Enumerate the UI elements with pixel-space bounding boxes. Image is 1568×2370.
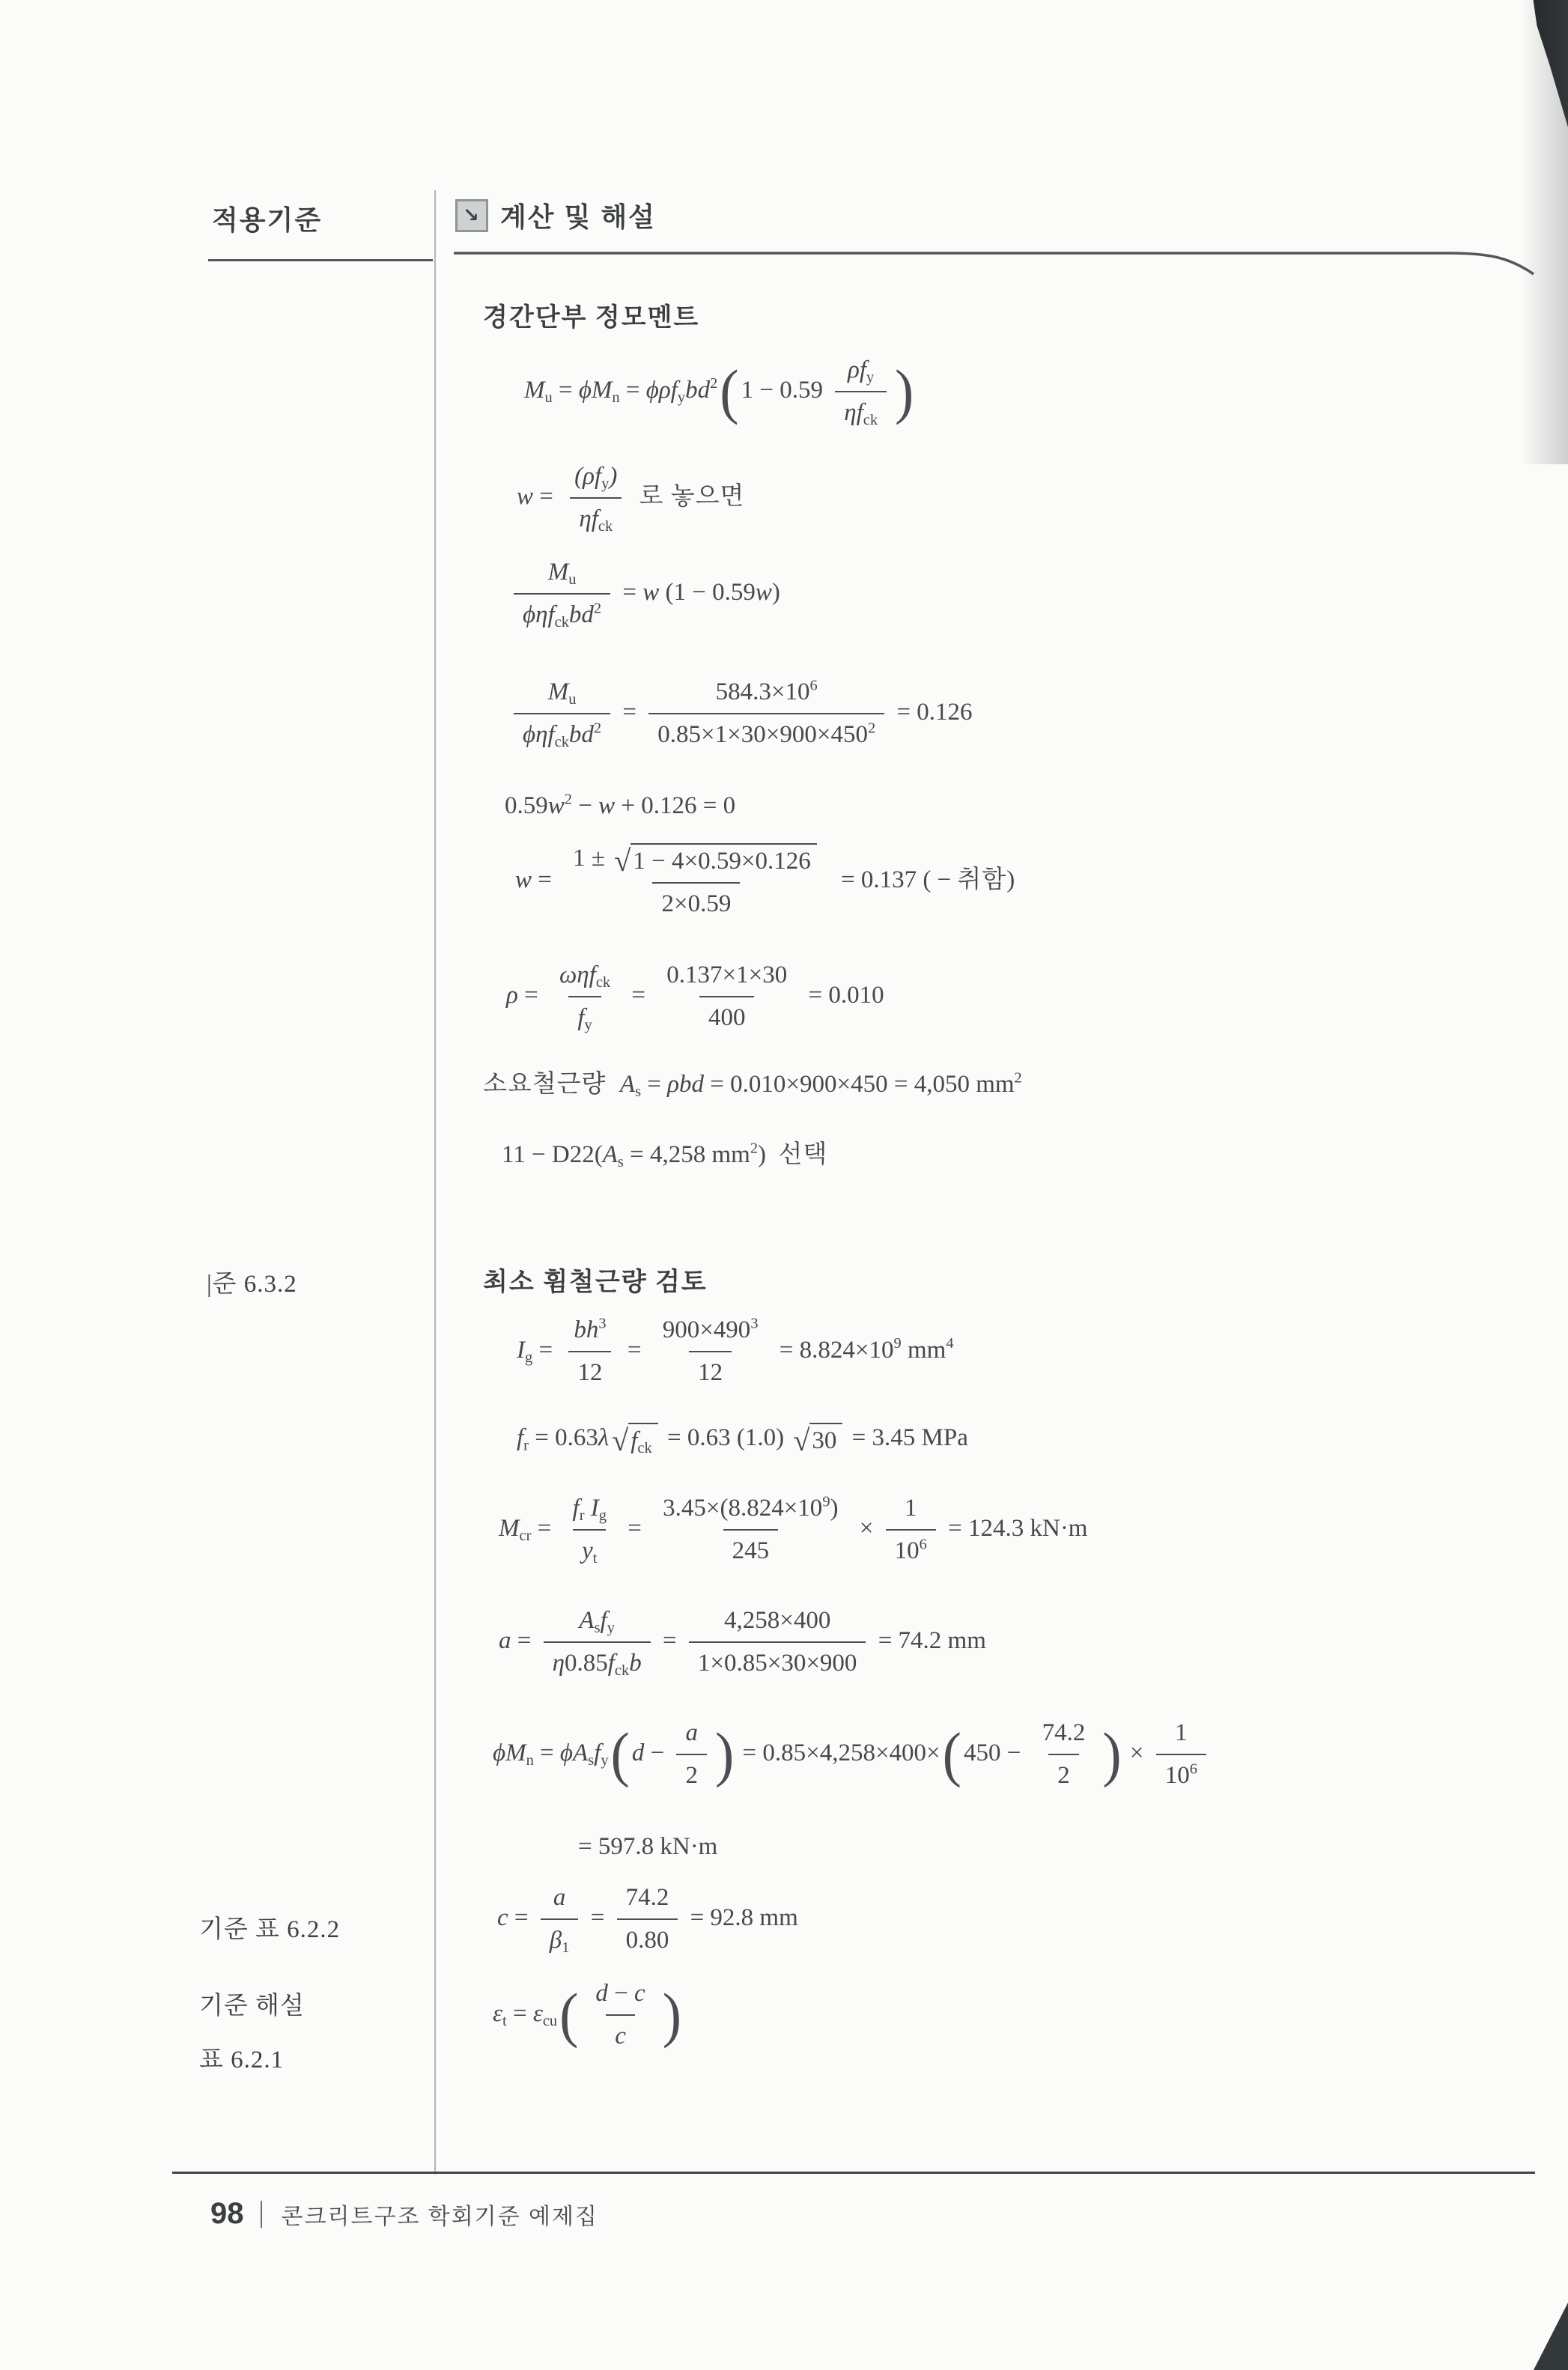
math-text: c [615, 2023, 626, 2050]
math-text: = [622, 1337, 648, 1364]
math-text: ϕηf [523, 601, 555, 628]
math-text: = [532, 1337, 559, 1364]
math-text: a [553, 1884, 566, 1911]
math-subscript: y [585, 1017, 592, 1033]
math-text: = [532, 866, 558, 893]
header-rule-right [452, 247, 1546, 279]
math-text: ωηf [559, 961, 596, 988]
math-subscript: s [588, 1752, 594, 1769]
fraction: 584.3×1060.85×1×30×900×4502 [648, 677, 884, 751]
math-subscript: t [593, 1550, 598, 1567]
equation-modulus-of-rupture: fr = 0.63λ√fck = 0.63 (1.0) √30 = 3.45 M… [517, 1423, 968, 1456]
math-text: c [497, 1904, 508, 1931]
math-supscript: 2 [1015, 1069, 1022, 1086]
math-text: 1 − 4×0.59×0.126 [633, 848, 810, 875]
math-text: = 3.45 MPa [845, 1424, 967, 1451]
math-text: − [608, 1980, 634, 2007]
math-text: 450 − [964, 1739, 1027, 1766]
equation-quadratic-w: 0.59w2 − w + 0.126 = 0 [505, 791, 735, 821]
equation-stress-block-depth: a = Asfyη0.85fckb = 4,258×4001×0.85×30×9… [499, 1605, 986, 1680]
math-text: = [534, 1739, 560, 1766]
math-text: 2 [685, 1762, 698, 1789]
math-text: A [603, 1141, 618, 1168]
math-supscript: 2 [868, 720, 875, 737]
math-text: 900×490 [663, 1316, 751, 1343]
math-text: A [579, 1607, 594, 1634]
math-text: = 597.8 kN·m [578, 1833, 717, 1860]
math-subscript: y [866, 369, 874, 386]
math-subscript: ck [555, 734, 569, 750]
math-text: = [641, 1071, 667, 1098]
math-text: ηf [579, 505, 598, 532]
math-text: d [595, 1980, 608, 2007]
fraction: 1106 [886, 1493, 936, 1567]
fraction: 0.137×1×30400 [657, 960, 796, 1034]
equation-gross-inertia: Ig = bh312 = 900×490312 = 8.824×109 mm4 [517, 1315, 954, 1389]
math-text: 2×0.59 [661, 890, 731, 917]
fraction: Muϕηfckbd2 [514, 677, 610, 751]
page-edge-shade [1520, 0, 1568, 464]
math-text: = 0.85×4,258×400× [736, 1739, 940, 1766]
math-text: = [616, 699, 642, 726]
math-text: = 0.126 [890, 699, 972, 726]
equation-w-definition: w = (ρfy)ηfck 로 놓으면 [517, 461, 744, 535]
math-text: = [584, 1904, 610, 1931]
header-right-title: 계산 및 해설 [500, 196, 656, 234]
math-text: ϕM [579, 377, 613, 404]
square-root: √fck [612, 1423, 658, 1456]
sidebar-note-table-622: 기준 표 6.2.2 [199, 1909, 340, 1945]
math-supscript: 2 [594, 720, 601, 737]
math-text: b [629, 1650, 642, 1677]
math-text: (1 − 0.59 [659, 579, 756, 606]
math-text: 12 [698, 1359, 723, 1386]
math-subscript: y [601, 1752, 608, 1769]
math-text: 11 − D22( [502, 1141, 603, 1168]
math-text: w [756, 579, 772, 606]
fraction: ρfyηfck [835, 355, 887, 429]
equation-design-moment-result: = 597.8 kN·m [578, 1832, 717, 1862]
equation-neutral-axis-depth: c = aβ1 = 74.20.80 = 92.8 mm [497, 1883, 798, 1957]
math-text: 로 놓으면 [632, 483, 744, 510]
math-subscript: ck [615, 1662, 629, 1679]
math-supscript: 2 [565, 791, 572, 807]
column-divider [434, 190, 436, 2175]
math-text: ε [493, 2000, 502, 2027]
sidebar-note-table-621: 표 6.2.1 [199, 2040, 284, 2075]
math-text: β [550, 1927, 562, 1954]
equation-bar-selection: 11 − D22(As = 4,258 mm2) 선택 [502, 1140, 827, 1170]
page-corner-shadow-bottom-right [1534, 2303, 1568, 2370]
fraction: 4,258×4001×0.85×30×900 [689, 1605, 866, 1680]
math-supscript: 3 [750, 1315, 758, 1331]
math-subscript: cu [543, 2013, 557, 2029]
math-text: + 0.126 = 0 [615, 792, 735, 819]
math-text: 0.80 [626, 1927, 669, 1954]
math-text: = [507, 2000, 533, 2027]
math-subscript: g [525, 1349, 532, 1366]
book-page: 적용기준 ↘ 계산 및 해설 |준 6.3.2 기준 표 6.2.2 기준 해설… [0, 0, 1568, 2370]
equation-w-solution: w = 1 ± √1 − 4×0.59×0.1262×0.59 = 0.137 … [515, 843, 1015, 920]
math-text: = 0.010 [802, 982, 884, 1009]
math-text: bd [569, 721, 594, 748]
math-supscript: 3 [598, 1315, 606, 1331]
math-text: = 0.63 (1.0) [661, 1424, 791, 1451]
header-left-title: 적용기준 [212, 199, 322, 237]
fraction: 74.20.80 [617, 1883, 678, 1957]
math-text: = [518, 982, 544, 1009]
math-text: M [499, 1515, 520, 1542]
equation-required-steel-area: 소요철근량 As = ρbd = 0.010×900×450 = 4,050 m… [483, 1069, 1022, 1100]
fraction: Asfyη0.85fckb [544, 1605, 651, 1680]
math-text: = 8.824×10 [774, 1337, 894, 1364]
fraction: 1106 [1156, 1718, 1206, 1792]
math-text: 74.2 [1042, 1719, 1086, 1746]
math-subscript: u [568, 691, 576, 708]
math-text: 1 [905, 1495, 917, 1522]
math-text: 0.137×1×30 [666, 961, 787, 988]
math-text: 1×0.85×30×900 [698, 1650, 857, 1677]
math-text: 0.85×1×30×900×450 [657, 721, 868, 748]
math-subscript: g [599, 1507, 607, 1524]
math-subscript: ck [863, 412, 878, 428]
math-supscript: 9 [822, 1493, 830, 1510]
math-subscript: r [580, 1507, 585, 1524]
math-text: I [517, 1337, 525, 1364]
math-supscript: 6 [810, 677, 818, 693]
math-subscript: ck [598, 518, 613, 535]
math-text: = [657, 1627, 683, 1654]
math-text: w [598, 792, 615, 819]
math-subscript: s [618, 1154, 624, 1170]
math-text: × [854, 1515, 880, 1542]
math-text: ρbd [667, 1071, 704, 1098]
fraction: 900×490312 [654, 1315, 768, 1389]
math-text: w [548, 792, 565, 819]
math-text: 10 [895, 1537, 920, 1564]
math-text: 12 [577, 1359, 602, 1386]
math-text: A [620, 1071, 635, 1098]
math-text: = 0.010×900×450 = 4,050 mm [704, 1071, 1015, 1098]
math-subscript: s [635, 1084, 641, 1100]
math-text: ηf [844, 399, 863, 426]
math-subscript: u [545, 389, 553, 406]
fraction: ωηfckfy [550, 960, 619, 1034]
math-text: ) [830, 1495, 839, 1522]
math-supscript: 6 [920, 1537, 927, 1553]
fraction: a2 [676, 1718, 707, 1792]
math-text: d [632, 1739, 645, 1766]
math-text: ) [758, 1141, 779, 1168]
footer-book-title: 콘크리트구조 학회기준 예제집 [282, 2198, 598, 2231]
arrow-down-right-icon: ↘ [455, 199, 488, 232]
math-supscript: 2 [750, 1140, 758, 1156]
math-text: − [644, 1739, 670, 1766]
math-text: = 74.2 mm [872, 1627, 985, 1654]
footer: 98 콘크리트구조 학회기준 예제집 [210, 2197, 598, 2231]
math-text: bd [685, 377, 710, 404]
math-text: w [517, 483, 533, 510]
sidebar-note-code-632: |준 6.3.2 [207, 1264, 297, 1299]
math-text: 소요철근량 [483, 1071, 620, 1098]
math-text: ϕρf [646, 377, 678, 404]
math-text: bh [574, 1316, 598, 1343]
math-text: = [553, 377, 579, 404]
math-text: 10 [1165, 1762, 1190, 1789]
sidebar-note-commentary: 기준 해설 [199, 1986, 305, 2021]
equation-mu-normalized: Muϕηfckbd2 = w (1 − 0.59w) [508, 557, 780, 631]
math-supscript: 6 [1190, 1761, 1197, 1778]
math-subscript: y [678, 389, 685, 406]
math-text: M [524, 377, 545, 404]
equation-cracking-moment: Mcr = fr Igyt = 3.45×(8.824×109)245 × 11… [499, 1493, 1087, 1567]
math-text: M [548, 559, 569, 586]
fraction: Muϕηfckbd2 [514, 557, 610, 631]
math-text: 3.45×(8.824×10 [663, 1495, 822, 1522]
math-text: = [622, 1515, 648, 1542]
math-text: c [634, 1980, 645, 2007]
fraction: fr Igyt [564, 1493, 616, 1567]
math-subscript: 1 [562, 1939, 569, 1956]
math-text: = 92.8 mm [684, 1904, 797, 1931]
math-text: ) [772, 579, 780, 606]
math-text: w [515, 866, 532, 893]
math-text: η [553, 1650, 565, 1677]
header-rule-left [208, 259, 433, 261]
math-text: 0.59 [505, 792, 548, 819]
math-text: 584.3×10 [716, 678, 810, 705]
math-subscript: ck [637, 1440, 651, 1456]
math-text: 선택 [779, 1141, 828, 1168]
math-text: ϕA [560, 1739, 588, 1766]
math-text: ϕM [493, 1739, 526, 1766]
math-text: 245 [732, 1537, 770, 1564]
math-text: = [625, 982, 651, 1009]
fraction: d − cc [586, 1978, 654, 2053]
math-text: bd [569, 601, 594, 628]
math-text: f [577, 1004, 584, 1031]
math-text: = 4,258 mm [624, 1141, 750, 1168]
math-text: f [573, 1495, 580, 1522]
math-text: f [594, 1739, 601, 1766]
fraction: (ρfy)ηfck [565, 461, 626, 535]
fraction: bh312 [565, 1315, 615, 1389]
math-text: 4,258×400 [724, 1607, 830, 1634]
math-text: f [601, 1607, 607, 1634]
equation-mu-normalized-value: Muϕηfckbd2 = 584.3×1060.85×1×30×900×4502… [508, 677, 973, 751]
math-text: λ [598, 1424, 609, 1451]
footer-page-number: 98 [210, 2197, 244, 2231]
math-text: w [642, 579, 659, 606]
math-subscript: ck [555, 614, 569, 631]
math-text: = [620, 377, 646, 404]
math-subscript: ck [596, 974, 610, 991]
math-text: I [585, 1495, 599, 1522]
math-supscript: 2 [710, 375, 717, 392]
math-text: (ρf [574, 463, 601, 490]
math-text: 2 [1057, 1762, 1070, 1789]
math-text: = [531, 1515, 557, 1542]
math-text: mm [902, 1337, 946, 1364]
math-text: = 0.63 [529, 1424, 598, 1451]
math-text: y [582, 1537, 593, 1564]
math-text: ϕηf [523, 721, 555, 748]
math-text: = [508, 1904, 535, 1931]
footer-rule [172, 2172, 1535, 2174]
math-text: 취함 [957, 866, 1006, 893]
math-supscript: 9 [894, 1335, 902, 1352]
math-supscript: 4 [946, 1335, 953, 1352]
math-text: ) [609, 463, 617, 490]
equation-rho: ρ = ωηfckfy = 0.137×1×30400 = 0.010 [506, 960, 884, 1034]
math-subscript: n [526, 1752, 534, 1769]
square-root: √1 − 4×0.59×0.126 [614, 843, 816, 877]
math-text: 1 [1175, 1719, 1188, 1746]
math-subscript: y [607, 1620, 615, 1636]
math-text: 1 ± [573, 845, 611, 872]
math-text: 0.85 [565, 1650, 608, 1677]
math-text: 74.2 [626, 1884, 669, 1911]
math-text: ρf [848, 356, 866, 383]
math-text: 400 [708, 1004, 746, 1031]
math-subscript: r [523, 1437, 529, 1453]
math-subscript: cr [520, 1528, 532, 1544]
math-text: = 124.3 kN·m [942, 1515, 1088, 1542]
heading-min-flexural-reinforcement: 최소 휨철근량 검토 [483, 1261, 708, 1298]
fraction: 3.45×(8.824×109)245 [654, 1493, 847, 1567]
math-text: × [1124, 1739, 1150, 1766]
heading-span-end-moment: 경간단부 정모멘트 [483, 297, 699, 333]
math-text: a [499, 1627, 511, 1654]
equation-tensile-strain: εt = εcu(d − cc) [493, 1978, 684, 2053]
equation-mu-phimn: Mu = ϕMn = ϕρfybd2(1 − 0.59 ρfyηfck) [524, 355, 916, 429]
math-text: − [572, 792, 598, 819]
math-text: M [548, 678, 569, 705]
fraction: aβ1 [541, 1883, 579, 1957]
math-text: ρ [506, 982, 518, 1009]
math-text: = 0.137 ( − [835, 866, 958, 893]
math-text: = [533, 483, 559, 510]
math-subscript: y [601, 475, 609, 492]
square-root: √30 [793, 1423, 842, 1456]
math-subscript: u [568, 571, 576, 588]
math-text: 1 − 0.59 [741, 377, 830, 404]
math-text: = [616, 579, 642, 606]
math-subscript: n [612, 389, 619, 406]
math-text: ) [1006, 866, 1015, 893]
footer-separator [261, 2201, 262, 2228]
header-right: ↘ 계산 및 해설 [455, 196, 656, 234]
fraction: 74.22 [1033, 1718, 1095, 1792]
math-text: ε [533, 2000, 543, 2027]
math-text: = [511, 1627, 538, 1654]
math-supscript: 2 [594, 601, 601, 617]
math-text: f [517, 1424, 523, 1451]
math-text: f [608, 1650, 615, 1677]
math-subscript: s [595, 1620, 601, 1636]
equation-design-moment-check: ϕMn = ϕAsfy(d − a2) = 0.85×4,258×400×(45… [493, 1718, 1212, 1792]
fraction: 1 ± √1 − 4×0.59×0.1262×0.59 [564, 843, 829, 920]
math-text: a [685, 1719, 698, 1746]
math-text: 30 [812, 1427, 836, 1454]
